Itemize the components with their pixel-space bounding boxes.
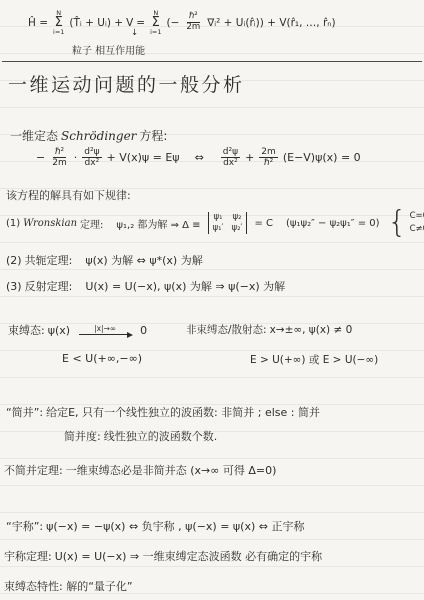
wronskian-theorem-line: (1) Wronskian 定理: ψ₁,₂ 都为解 ⇒ Δ ≡ ψ₁ ψ₂ ψ…	[6, 202, 424, 244]
hamiltonian-formula: Ĥ = N Σ i=1 (T̂ᵢ + Uᵢ) + V = N Σ i=1 (− …	[28, 10, 336, 35]
hbar-fraction: ℏ² 2m	[184, 12, 202, 33]
degeneracy-definition-line: “简并”: 给定E, 只有一个线性独立的波函数: 非简并 ; else : 简并	[6, 404, 320, 420]
case-linearly-independent: C≠0 线性无关	[410, 225, 424, 234]
bound-state-energy: E < U(+∞,−∞)	[62, 352, 142, 365]
schrodinger-name: Schrödinger	[61, 129, 136, 143]
handwritten-notes-page: Ĥ = N Σ i=1 (T̂ᵢ + Uᵢ) + V = N Σ i=1 (− …	[0, 0, 424, 600]
non-degeneracy-theorem-line: 不简并定理: 一维束缚态必是非简并态 (x→∞ 可得 Δ=0)	[4, 462, 276, 478]
case-linearly-dependent: C=0 线性相关	[410, 212, 424, 221]
down-arrow-icon: ↓	[131, 28, 138, 38]
second-derivative-fraction: d²ψ dx²	[221, 147, 240, 169]
horizontal-divider	[2, 61, 422, 62]
second-derivative-fraction: d²ψ dx²	[82, 147, 101, 169]
interaction-term-v: V	[126, 17, 133, 29]
interaction-annotation: 粒子 相互作用能	[72, 42, 145, 57]
degeneracy-degree-line: 简并度: 线性独立的波函数个数.	[64, 428, 217, 444]
conjugate-theorem-line: (2) 共轭定理: ψ(x) 为解 ⇔ ψ*(x) 为解	[6, 252, 203, 268]
schrodinger-heading: 一维定态 Schrödinger 方程:	[10, 127, 167, 144]
limit-arrow-icon: |x|→∞	[79, 325, 131, 336]
page-title: 一维运动问题的一般分析	[8, 70, 245, 97]
parity-definition-line: “宇称”: ψ(−x) = −ψ(x) ⇔ 负宇称 , ψ(−x) = ψ(x)…	[6, 518, 305, 534]
sum-symbol: N Σ i=1	[150, 10, 161, 35]
rules-intro: 该方程的解具有如下规律:	[6, 187, 131, 203]
wronskian-name: Wronskian	[23, 218, 77, 229]
hbar-over-2m-fraction: ℏ² 2m	[50, 147, 69, 169]
hamiltonian-lhs: Ĥ =	[28, 17, 48, 29]
quantization-note-line: 束缚态特性: 解的“量子化”	[4, 578, 133, 594]
wronskian-determinant: ψ₁ ψ₂ ψ₁′ ψ₂′	[208, 212, 248, 235]
unbound-state-line: 非束缚态/散射态: x→±∞, ψ(x) ≠ 0	[186, 322, 352, 337]
schrodinger-equation: − ℏ² 2m · d²ψ dx² + V(x)ψ = Eψ ⇔ d²ψ dx²…	[36, 147, 361, 169]
iff-symbol: ⇔	[195, 151, 204, 164]
bound-state-line: 束缚态: ψ(x) |x|→∞ 0	[8, 322, 147, 338]
sum-symbol: N Σ i=1	[53, 10, 64, 35]
unbound-state-energy: E > U(+∞) 或 E > U(−∞)	[250, 352, 378, 367]
2m-over-hbar-fraction: 2m ℏ²	[259, 147, 278, 169]
reflection-theorem-line: (3) 反射定理: U(x) = U(−x), ψ(x) 为解 ⇒ ψ(−x) …	[6, 278, 285, 294]
parity-theorem-line: 宇称定理: U(x) = U(−x) ⇒ 一维束缚定态波函数 必有确定的宇称	[4, 548, 322, 564]
left-brace: {	[388, 210, 407, 236]
kinetic-potential-term: (T̂ᵢ + Uᵢ) +	[69, 17, 123, 29]
wronskian-cases: { C=0 线性相关 C≠0 线性无关	[388, 210, 424, 236]
